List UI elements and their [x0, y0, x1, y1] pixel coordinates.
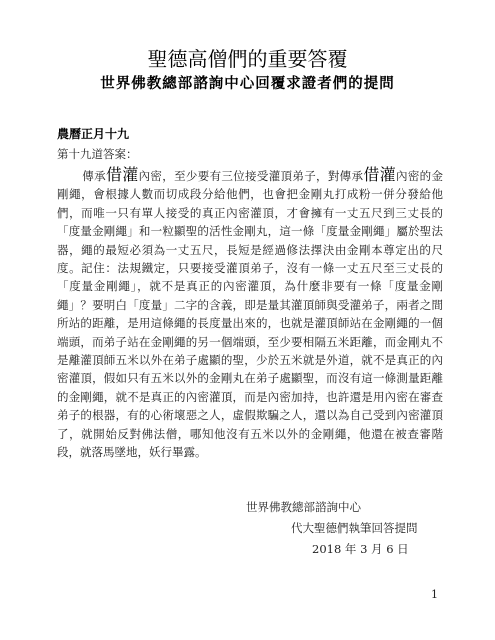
document-subtitle: 世界佛教總部諮詢中心回覆求證者們的提問	[0, 75, 495, 93]
body-text: 內密，至少要有三位接受灌頂弟子，對傳承	[139, 169, 364, 183]
document-title: 聖德高僧們的重要答覆	[0, 46, 495, 72]
signature-org: 世界佛教總部諮詢中心	[246, 499, 361, 515]
emphasis-text: 借灌	[363, 165, 396, 184]
page-number: 1	[431, 588, 438, 601]
signature-author: 代大聖德們執筆回答提問	[291, 520, 418, 536]
signature-date: 2018 年 3 月 6 日	[312, 541, 409, 557]
body-text: 傳承	[82, 169, 106, 183]
body-text: 內密的金剛繩，會根據人數而切成段分給他們，也會把金剛丸打成粉一併分發給他們，而唯…	[57, 169, 443, 459]
lunar-date-heading: 農曆正月十九	[57, 126, 129, 142]
question-label: 第十九道答案：	[57, 146, 138, 162]
answer-body: 傳承借灌內密，至少要有三位接受灌頂弟子，對傳承借灌內密的金剛繩，會根據人數而切成…	[57, 166, 443, 462]
answer-paragraph: 傳承借灌內密，至少要有三位接受灌頂弟子，對傳承借灌內密的金剛繩，會根據人數而切成…	[57, 166, 443, 462]
emphasis-text: 借灌	[106, 165, 139, 184]
